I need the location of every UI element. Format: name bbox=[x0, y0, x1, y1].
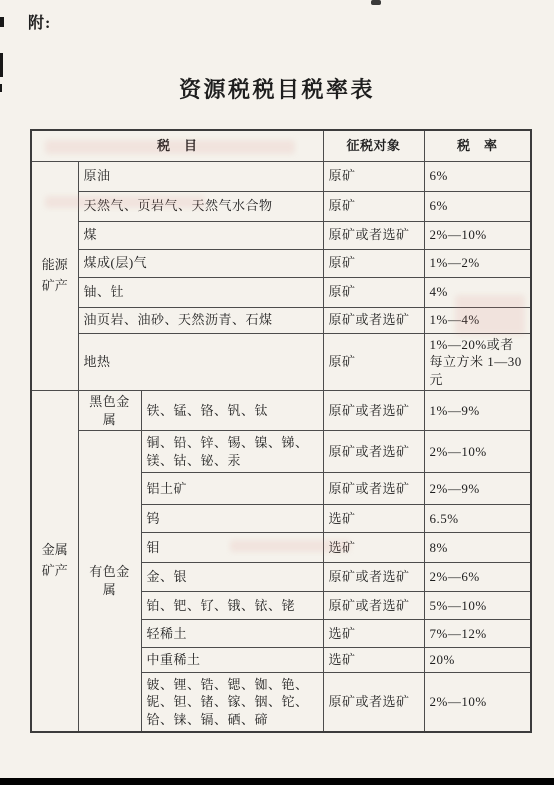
item-cell: 铁、锰、铬、钒、钛 bbox=[141, 391, 323, 431]
tax-rate-table: 税 目 征税对象 税 率 能源矿产 原油 原矿 6% 天然气、页岩气、天然气水合… bbox=[30, 129, 532, 733]
rate-cell: 6% bbox=[424, 191, 531, 221]
object-cell: 原矿或者选矿 bbox=[323, 592, 424, 620]
item-cell: 中重稀土 bbox=[141, 648, 323, 673]
object-cell: 原矿或者选矿 bbox=[323, 221, 424, 249]
ink-bleed-smudge bbox=[45, 140, 295, 154]
object-cell: 原矿 bbox=[323, 191, 424, 221]
item-cell: 铂、钯、钌、锇、铱、铑 bbox=[141, 592, 323, 620]
object-cell: 选矿 bbox=[323, 620, 424, 648]
table-row: 金属矿产 黑色金属 铁、锰、铬、钒、钛 原矿或者选矿 1%—9% bbox=[31, 391, 531, 431]
rate-cell: 6.5% bbox=[424, 505, 531, 533]
item-cell: 钨 bbox=[141, 505, 323, 533]
item-cell: 煤 bbox=[78, 221, 323, 249]
object-cell: 选矿 bbox=[323, 648, 424, 673]
item-cell: 煤成(层)气 bbox=[78, 249, 323, 277]
group-label-metal: 金属矿产 bbox=[41, 540, 69, 582]
ink-bleed-smudge bbox=[455, 295, 525, 335]
table-row: 煤 原矿或者选矿 2%—10% bbox=[31, 221, 531, 249]
object-cell: 原矿或者选矿 bbox=[323, 431, 424, 473]
group-cell-metal: 金属矿产 bbox=[31, 391, 78, 732]
ink-bleed-smudge bbox=[230, 540, 350, 552]
page-title: 资源税税目税率表 bbox=[0, 73, 554, 104]
subgroup-cell-ferrous: 黑色金属 bbox=[78, 391, 141, 431]
table-row: 煤成(层)气 原矿 1%—2% bbox=[31, 249, 531, 277]
object-cell: 原矿或者选矿 bbox=[323, 563, 424, 592]
item-cell: 油页岩、油砂、天然沥青、石煤 bbox=[78, 307, 323, 333]
object-cell: 原矿 bbox=[323, 277, 424, 307]
object-cell: 原矿或者选矿 bbox=[323, 391, 424, 431]
object-cell: 原矿 bbox=[323, 161, 424, 191]
rate-cell: 1%—20%或者每立方米 1—30 元 bbox=[424, 333, 531, 391]
table-row: 有色金属 铜、铅、锌、锡、镍、锑、镁、钴、铋、汞 原矿或者选矿 2%—10% bbox=[31, 431, 531, 473]
object-cell: 原矿或者选矿 bbox=[323, 473, 424, 505]
rate-cell: 1%—2% bbox=[424, 249, 531, 277]
item-cell: 铍、锂、锆、锶、铷、铯、铌、钽、锗、镓、铟、铊、铪、铼、镉、硒、碲 bbox=[141, 673, 323, 732]
group-label-energy: 能源矿产 bbox=[41, 255, 69, 297]
rate-cell: 5%—10% bbox=[424, 592, 531, 620]
table-row: 地热 原矿 1%—20%或者每立方米 1—30 元 bbox=[31, 333, 531, 391]
rate-cell: 2%—10% bbox=[424, 431, 531, 473]
subgroup-cell-nonferrous: 有色金属 bbox=[78, 431, 141, 732]
scan-edge-artifact bbox=[371, 0, 381, 5]
item-cell: 铝土矿 bbox=[141, 473, 323, 505]
rate-cell: 2%—10% bbox=[424, 221, 531, 249]
rate-cell: 2%—9% bbox=[424, 473, 531, 505]
scan-edge-artifact bbox=[0, 53, 3, 77]
object-cell: 原矿 bbox=[323, 333, 424, 391]
rate-cell: 1%—9% bbox=[424, 391, 531, 431]
scan-edge-artifact bbox=[0, 17, 4, 27]
col-header-object: 征税对象 bbox=[323, 130, 424, 161]
attachment-label: 附: bbox=[28, 10, 51, 33]
table-row: 能源矿产 原油 原矿 6% bbox=[31, 161, 531, 191]
item-cell: 铜、铅、锌、锡、镍、锑、镁、钴、铋、汞 bbox=[141, 431, 323, 473]
rate-cell: 20% bbox=[424, 648, 531, 673]
rate-cell: 6% bbox=[424, 161, 531, 191]
item-cell: 轻稀土 bbox=[141, 620, 323, 648]
scan-edge-artifact bbox=[0, 84, 2, 92]
item-cell: 铀、钍 bbox=[78, 277, 323, 307]
object-cell: 原矿或者选矿 bbox=[323, 673, 424, 732]
item-cell: 地热 bbox=[78, 333, 323, 391]
rate-cell: 8% bbox=[424, 533, 531, 563]
item-cell: 原油 bbox=[78, 161, 323, 191]
scan-bottom-bar bbox=[0, 778, 554, 785]
object-cell: 选矿 bbox=[323, 505, 424, 533]
rate-cell: 2%—10% bbox=[424, 673, 531, 732]
ink-bleed-smudge bbox=[45, 196, 205, 208]
rate-cell: 7%—12% bbox=[424, 620, 531, 648]
item-cell: 金、银 bbox=[141, 563, 323, 592]
rate-cell: 2%—6% bbox=[424, 563, 531, 592]
object-cell: 原矿或者选矿 bbox=[323, 307, 424, 333]
object-cell: 原矿 bbox=[323, 249, 424, 277]
col-header-rate: 税 率 bbox=[424, 130, 531, 161]
